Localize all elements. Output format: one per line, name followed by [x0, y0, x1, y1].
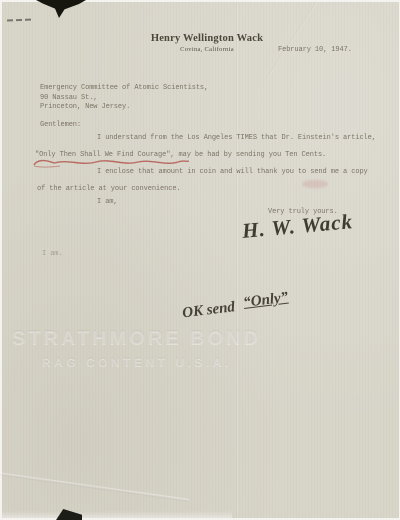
letterhead-name: Henry Wellington Wack: [122, 33, 292, 44]
recipient-line-3: Princeton, New Jersey.: [40, 103, 130, 111]
watermark-line-2: RAG CONTENT U.S.A.: [42, 355, 232, 369]
recipient-line-1: Emergency Committee of Atomic Scientists…: [40, 84, 208, 92]
handwritten-note-word: “Only”: [242, 290, 289, 312]
recipient-line-2: 90 Nassau St.,: [40, 94, 97, 102]
watermark-line-1: STRATHMORE BOND: [12, 327, 261, 350]
handwritten-signature: H. W. Wack: [241, 209, 354, 244]
body-line-1: I understand from the Los Angeles TIMES …: [97, 134, 376, 142]
closing-lead: I am,: [97, 198, 118, 206]
body-line-3: I enclose that amount in coin and will t…: [97, 168, 368, 176]
crease-bottom-left: [0, 471, 189, 502]
salutation: Gentlemen:: [40, 121, 81, 129]
letter-photo: Henry Wellington Wack Covina, California…: [0, 0, 400, 520]
stray-typed-line: I am.: [42, 250, 63, 258]
pink-ink-smudge: [302, 180, 328, 188]
paper-texture: [2, 2, 399, 518]
letter-paper: Henry Wellington Wack Covina, California…: [2, 2, 399, 518]
fold-crease-vertical: [236, 2, 238, 518]
handwritten-note-prefix: OK send: [181, 299, 236, 322]
body-line-4: of the article at your convenience.: [37, 185, 181, 193]
letterhead-city: Covina, California: [122, 46, 292, 53]
letterhead: Henry Wellington Wack Covina, California: [122, 33, 292, 53]
date-line: February 10, 1947.: [278, 46, 352, 54]
paper-edge-highlight: [2, 511, 232, 518]
